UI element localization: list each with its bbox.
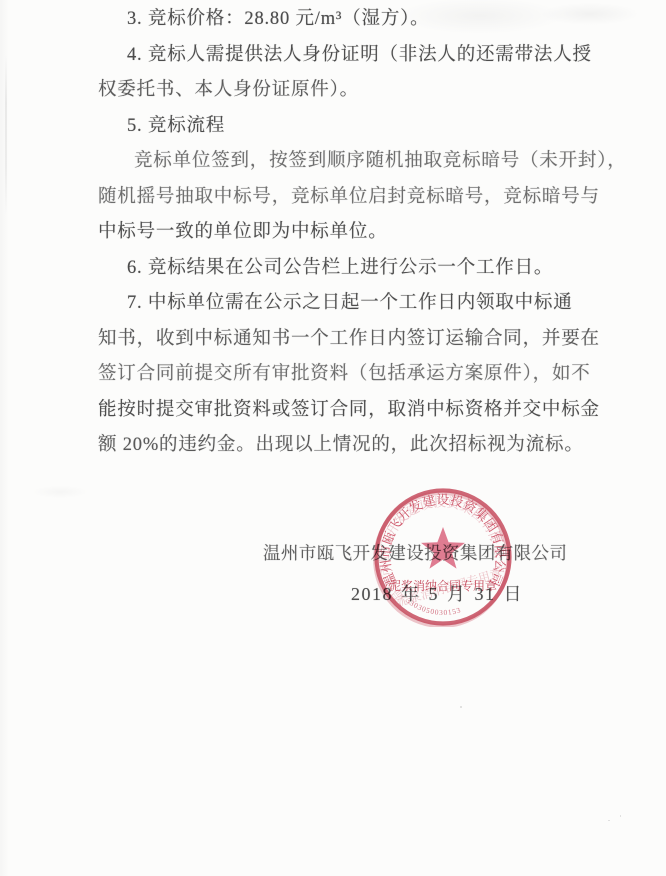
star-icon <box>421 527 465 569</box>
scan-speck <box>460 706 462 708</box>
document-line: 竞标单位签到，按签到顺序随机抽取竞标暗号（未开封）， <box>98 144 590 180</box>
official-seal-graphic: 温州市瓯飞开发建设投资集团有限公司 泥浆消纳合同专用章 温州市瓯飞开发建设投资集… <box>373 487 513 627</box>
document-line: 7. 中标单位需在公示之日起一个工作日内领取中标通 <box>98 286 590 322</box>
document-line: 知书，收到中标通知书一个工作日内签订运输合同，并要在 <box>98 322 590 358</box>
document-line: 随机摇号抽取中标号，竞标单位启封竞标暗号，竞标暗号与 <box>98 180 590 216</box>
scan-edge-shadow <box>5 55 7 215</box>
seal-main-impression: 温州市瓯飞开发建设投资集团有限公司 泥浆消纳合同专用章 330305003015… <box>377 491 510 624</box>
scanned-document-page: 3. 竞标价格：28.80 元/m³（湿方）。 4. 竞标人需提供法人身份证明（… <box>0 0 666 876</box>
document-line: 6. 竞标结果在公司公告栏上进行公示一个工作日。 <box>98 251 590 287</box>
document-line: 3. 竞标价格：28.80 元/m³（湿方）。 <box>98 2 590 38</box>
document-line: 5. 竞标流程 <box>98 109 590 145</box>
official-seal: 温州市瓯飞开发建设投资集团有限公司 泥浆消纳合同专用章 温州市瓯飞开发建设投资集… <box>373 487 513 627</box>
document-line: 额 20%的违约金。出现以上情况的，此次招标视为流标。 <box>98 428 590 464</box>
document-line: 4. 竞标人需提供法人身份证明（非法人的还需带法人授 <box>98 38 590 74</box>
seal-bottom-text: 泥浆消纳合同专用章 <box>389 578 497 593</box>
document-line: 权委托书、本人身份证原件）。 <box>98 73 590 109</box>
scan-speck <box>620 815 621 817</box>
document-line: 能按时提交审批资料或签订合同，取消中标资格并交中标金 <box>98 393 590 429</box>
document-line: 中标号一致的单位即为中标单位。 <box>98 215 590 251</box>
document-text: 3. 竞标价格：28.80 元/m³（湿方）。 4. 竞标人需提供法人身份证明（… <box>98 2 590 464</box>
scan-speck <box>608 820 610 821</box>
document-line: 签订合同前提交所有审批资料（包括承运方案原件），如不 <box>98 357 590 393</box>
